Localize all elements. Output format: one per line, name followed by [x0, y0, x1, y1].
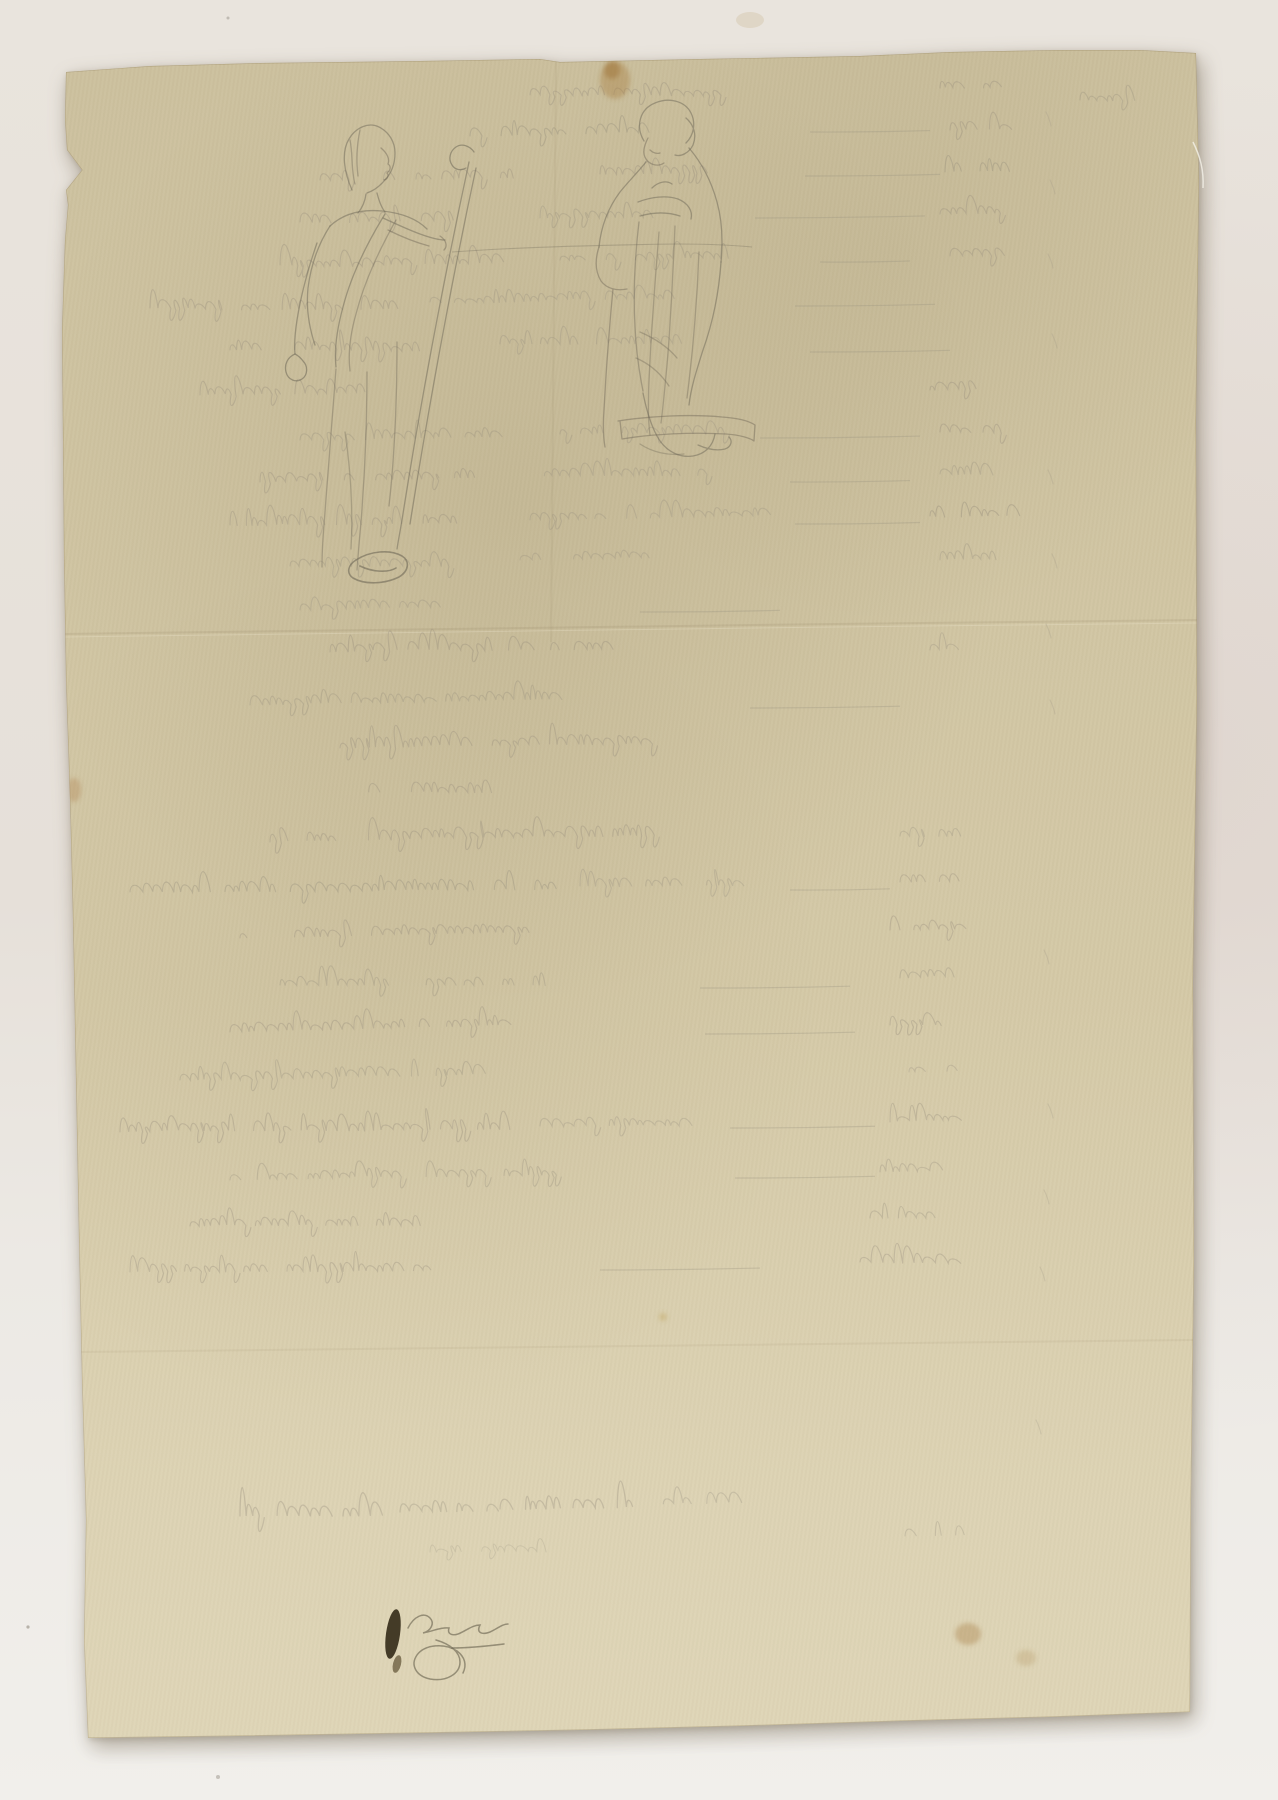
- paper-stains: [67, 61, 1036, 1666]
- fold-creases: [64, 62, 1197, 1352]
- margin-ticks: [1036, 112, 1057, 1434]
- paper-sheet: [0, 0, 1278, 1800]
- horizontal-rod-stroke: [452, 244, 752, 252]
- pencil-sketch-layer: [0, 0, 1278, 1800]
- ledger-dashes: [600, 131, 950, 1270]
- artwork-photo: [0, 0, 1278, 1800]
- pencil-figure-left-with-staff: [285, 125, 476, 583]
- ghost-handwriting: [120, 81, 1145, 1560]
- paper-torn-edge: [62, 50, 1199, 1738]
- signature-scribble: [408, 1615, 508, 1679]
- ink-blot: [383, 1608, 404, 1673]
- paper-shadow: [0, 0, 1278, 1800]
- pencil-figure-right-leaning: [596, 100, 755, 456]
